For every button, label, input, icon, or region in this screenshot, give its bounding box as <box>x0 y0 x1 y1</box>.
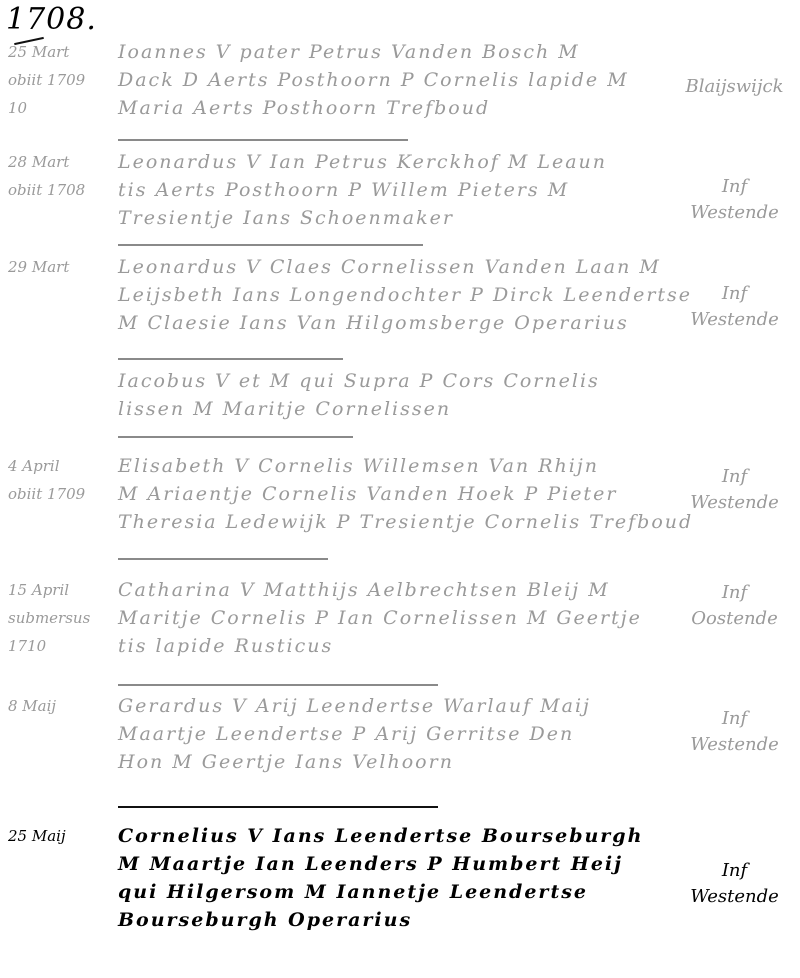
entry-margin-note: Inf Oostende <box>672 580 797 632</box>
entry-line: Ioannes V pater Petrus Vanden Bosch M <box>118 38 678 66</box>
entry-divider <box>118 436 353 438</box>
entry-margin-note: Inf Westende <box>672 464 797 516</box>
entry-divider <box>118 684 438 686</box>
entry-line: tis lapide Rusticus <box>118 632 678 660</box>
entry-line: Leijsbeth Ians Longendochter P Dirck Lee… <box>118 281 678 309</box>
entry-line: qui Hilgersom M Iannetje Leendertse <box>118 878 678 906</box>
entry-line: Leonardus V Claes Cornelissen Vanden Laa… <box>118 253 678 281</box>
entry-line: Theresia Ledewijk P Tresientje Cornelis … <box>118 508 678 536</box>
entry-line: Iacobus V et M qui Supra P Cors Cornelis <box>118 367 678 395</box>
register-page: 1708. 25 Mart obiit 1709 10 Ioannes V pa… <box>0 0 800 978</box>
entry-line: Gerardus V Arij Leendertse Warlauf Maij <box>118 692 678 720</box>
entry-margin-note: Inf Westende <box>672 281 797 333</box>
entry-date: 29 Mart <box>8 253 113 281</box>
entry-line: Leonardus V Ian Petrus Kerckhof M Leaun <box>118 148 678 176</box>
entry-date: 28 Mart obiit 1708 <box>8 148 113 204</box>
entry-margin-note: Inf Westende <box>672 858 797 910</box>
entry-margin-note: Inf Westende <box>672 174 797 226</box>
entry-date: 25 Maij <box>8 822 113 850</box>
page-year-heading: 1708. <box>6 2 97 37</box>
entry-margin-note: Blaijswijck <box>672 74 797 100</box>
entry-date: 25 Mart obiit 1709 10 <box>8 38 113 122</box>
entry-date: 15 April submersus 1710 <box>8 576 113 660</box>
entry-line: M Claesie Ians Van Hilgomsberge Operariu… <box>118 309 678 337</box>
entry-line: Dack D Aerts Posthoorn P Cornelis lapide… <box>118 66 678 94</box>
entry-divider <box>118 244 423 246</box>
entry-divider <box>118 806 438 808</box>
entry-divider <box>118 558 328 560</box>
entry-line: lissen M Maritje Cornelissen <box>118 395 678 423</box>
entry-line: M Ariaentje Cornelis Vanden Hoek P Piete… <box>118 480 678 508</box>
entry-line: tis Aerts Posthoorn P Willem Pieters M <box>118 176 678 204</box>
entry-line: Bourseburgh Operarius <box>118 906 678 934</box>
entry-line: Cornelius V Ians Leendertse Bourseburgh <box>118 822 678 850</box>
entry-line: M Maartje Ian Leenders P Humbert Heij <box>118 850 678 878</box>
entry-date: 4 April obiit 1709 <box>8 452 113 508</box>
entry-line: Tresientje Ians Schoenmaker <box>118 204 678 232</box>
entry-line: Catharina V Matthijs Aelbrechtsen Bleij … <box>118 576 678 604</box>
entry-date: 8 Maij <box>8 692 113 720</box>
entry-line: Maartje Leendertse P Arij Gerritse Den <box>118 720 678 748</box>
entry-line: Hon M Geertje Ians Velhoorn <box>118 748 678 776</box>
entry-margin-note: Inf Westende <box>672 706 797 758</box>
entry-divider <box>118 358 343 360</box>
entry-divider <box>118 139 408 141</box>
entry-line: Maria Aerts Posthoorn Trefboud <box>118 94 678 122</box>
entry-line: Elisabeth V Cornelis Willemsen Van Rhijn <box>118 452 678 480</box>
entry-line: Maritje Cornelis P Ian Cornelissen M Gee… <box>118 604 678 632</box>
